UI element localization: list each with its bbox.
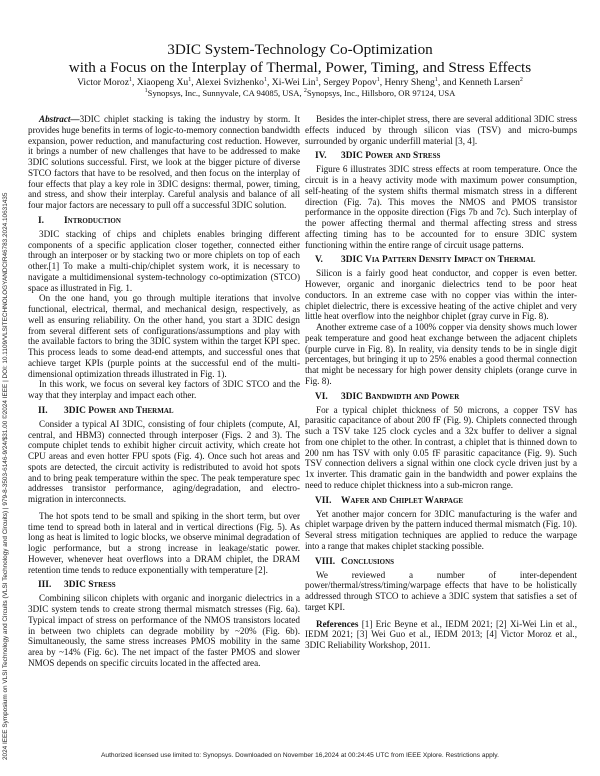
author-list: Victor Moroz1, Xiaopeng Xu1, Alexei Sviz… <box>0 77 600 88</box>
paragraph: Besides the inter-chiplet stress, there … <box>305 114 577 146</box>
references-label: References <box>316 619 358 629</box>
paper-title-line2: with a Focus on the Interplay of Thermal… <box>0 59 600 77</box>
section-heading-6: VI.3DIC Bandwidth and Power <box>305 392 577 403</box>
license-footer: Authorized licensed use limited to: Syno… <box>0 752 600 759</box>
paragraph: Another extreme case of a 100% copper vi… <box>305 322 577 387</box>
paragraph: In this work, we focus on several key fa… <box>28 379 300 401</box>
author-name: Kenneth Larsen <box>459 77 520 88</box>
paragraph: Figure 6 illustrates 3DIC stress effects… <box>305 164 577 250</box>
paragraph: Combining silicon chiplets with organic … <box>28 593 300 668</box>
abstract-label: Abstract <box>39 114 70 124</box>
affiliation-text: Synopsys, Inc., Hillsboro, OR 97124, USA <box>307 88 456 98</box>
references: References [1] Eric Beyne et al., IEDM 2… <box>305 619 577 651</box>
author-name: Sergey Popov <box>323 77 376 88</box>
section-heading-2: II.3DIC Power and Thermal <box>28 406 300 417</box>
section-heading-4: IV.3DIC Power and Stress <box>305 151 577 162</box>
author-affiliation-mark: 2 <box>520 77 523 83</box>
author-name: Xiaopeng Xu <box>137 77 188 88</box>
author-affiliation-mark: 1 <box>129 77 132 83</box>
abstract: Abstract—3DIC chiplet stacking is taking… <box>28 114 300 211</box>
author-name: Victor Moroz <box>77 77 129 88</box>
paper-title-line1: 3DIC System-Technology Co-Optimization <box>0 41 600 59</box>
paragraph: Consider a typical AI 3DIC, consisting o… <box>28 419 300 505</box>
right-column: Besides the inter-chiplet stress, there … <box>305 114 577 651</box>
section-heading-3: III.3DIC Stress <box>28 580 300 591</box>
paragraph: Silicon is a fairly good heat conductor,… <box>305 268 577 322</box>
author-affiliation-mark: 1 <box>316 77 319 83</box>
author-name: Henry Sheng <box>384 77 434 88</box>
left-column: Abstract—3DIC chiplet stacking is taking… <box>28 114 300 669</box>
citation-sidebar: 2024 IEEE Symposium on VLSI Technology a… <box>2 80 9 760</box>
paragraph: On the one hand, you go through multiple… <box>28 293 300 379</box>
author-affiliation-mark: 1 <box>377 77 380 83</box>
paragraph: We reviewed a number of inter-dependent … <box>305 570 577 613</box>
paragraph: For a typical chiplet thickness of 50 mi… <box>305 405 577 491</box>
section-heading-1: I.Introduction <box>28 216 300 227</box>
author-affiliation-mark: 1 <box>264 77 267 83</box>
affiliation-text: Synopsys, Inc., Sunnyvale, CA 94085, USA… <box>148 88 304 98</box>
author-affiliation-mark: 1 <box>435 77 438 83</box>
paragraph: The hot spots tend to be small and spiki… <box>28 511 300 576</box>
section-heading-7: VII.Wafer and Chiplet Warpage <box>305 496 577 507</box>
paragraph: 3DIC stacking of chips and chiplets enab… <box>28 229 300 294</box>
author-name: Xi-Wei Lin <box>272 77 316 88</box>
section-heading-5: V.3DIC Via Pattern Density Impact on The… <box>305 255 577 266</box>
affiliations: 1Synopsys, Inc., Sunnyvale, CA 94085, US… <box>0 88 600 98</box>
author-name: Alexei Svizhenko <box>195 77 263 88</box>
author-affiliation-mark: 1 <box>188 77 191 83</box>
paragraph: Yet another major concern for 3DIC manuf… <box>305 509 577 552</box>
abstract-text: 3DIC chiplet stacking is taking the indu… <box>28 114 300 210</box>
section-heading-8: VIII.Conclusions <box>305 557 577 568</box>
